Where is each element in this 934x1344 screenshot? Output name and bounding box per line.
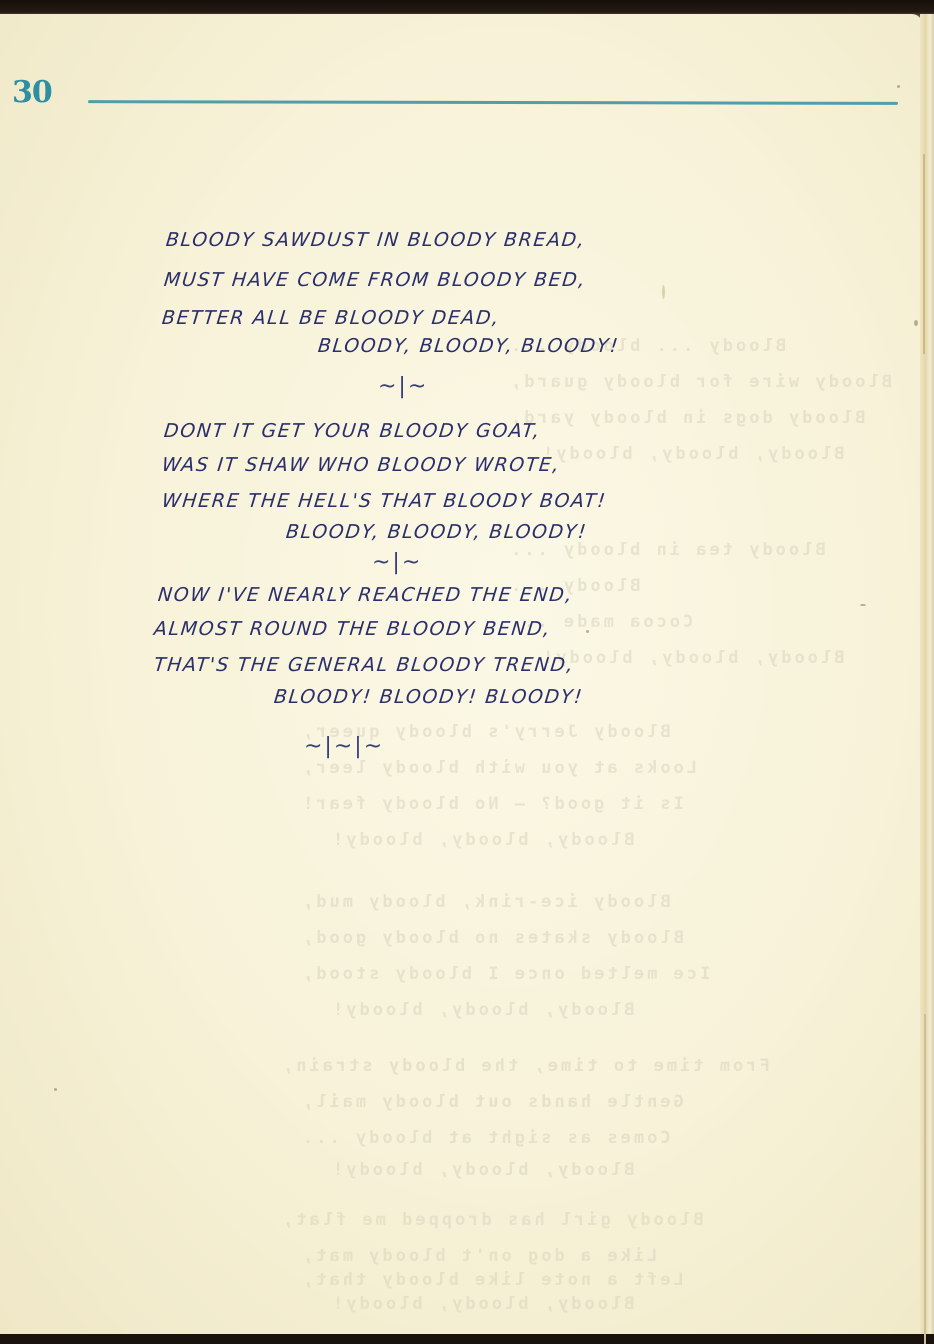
poem-line: Almost round the bloody bend, [153, 618, 552, 640]
paper-speck [586, 630, 589, 633]
paper-stain [662, 285, 665, 299]
poem-line: Was it Shaw who bloody wrote, [161, 454, 562, 476]
poem-refrain: Bloody! Bloody! Bloody! [273, 686, 585, 708]
poem-line: That's the general bloody trend, [153, 654, 576, 676]
stanza-divider: ~|~ [378, 374, 428, 399]
poem-line: Bloody sawdust in bloody bread, [165, 229, 587, 251]
poem-refrain: Bloody, bloody, bloody! [317, 335, 621, 357]
end-divider: ~|~|~ [304, 734, 384, 759]
paper-speck [914, 320, 918, 326]
paper-speck [860, 604, 866, 606]
poem-line: Must have come from bloody bed, [163, 269, 587, 291]
poem-refrain: Bloody, bloody, bloody! [285, 521, 589, 543]
handwritten-poem: Bloody sawdust in bloody bread, Must hav… [0, 0, 934, 1334]
poem-line: Dont it get your bloody goat, [163, 420, 542, 442]
paper-speck [54, 1088, 57, 1091]
paper-speck [897, 85, 900, 88]
poem-line: Now I've nearly reached the end, [157, 584, 574, 606]
poem-line: Where the hell's that bloody boat! [161, 490, 608, 512]
poem-line: Better all be bloody dead, [161, 307, 501, 329]
stanza-divider: ~|~ [372, 550, 422, 575]
